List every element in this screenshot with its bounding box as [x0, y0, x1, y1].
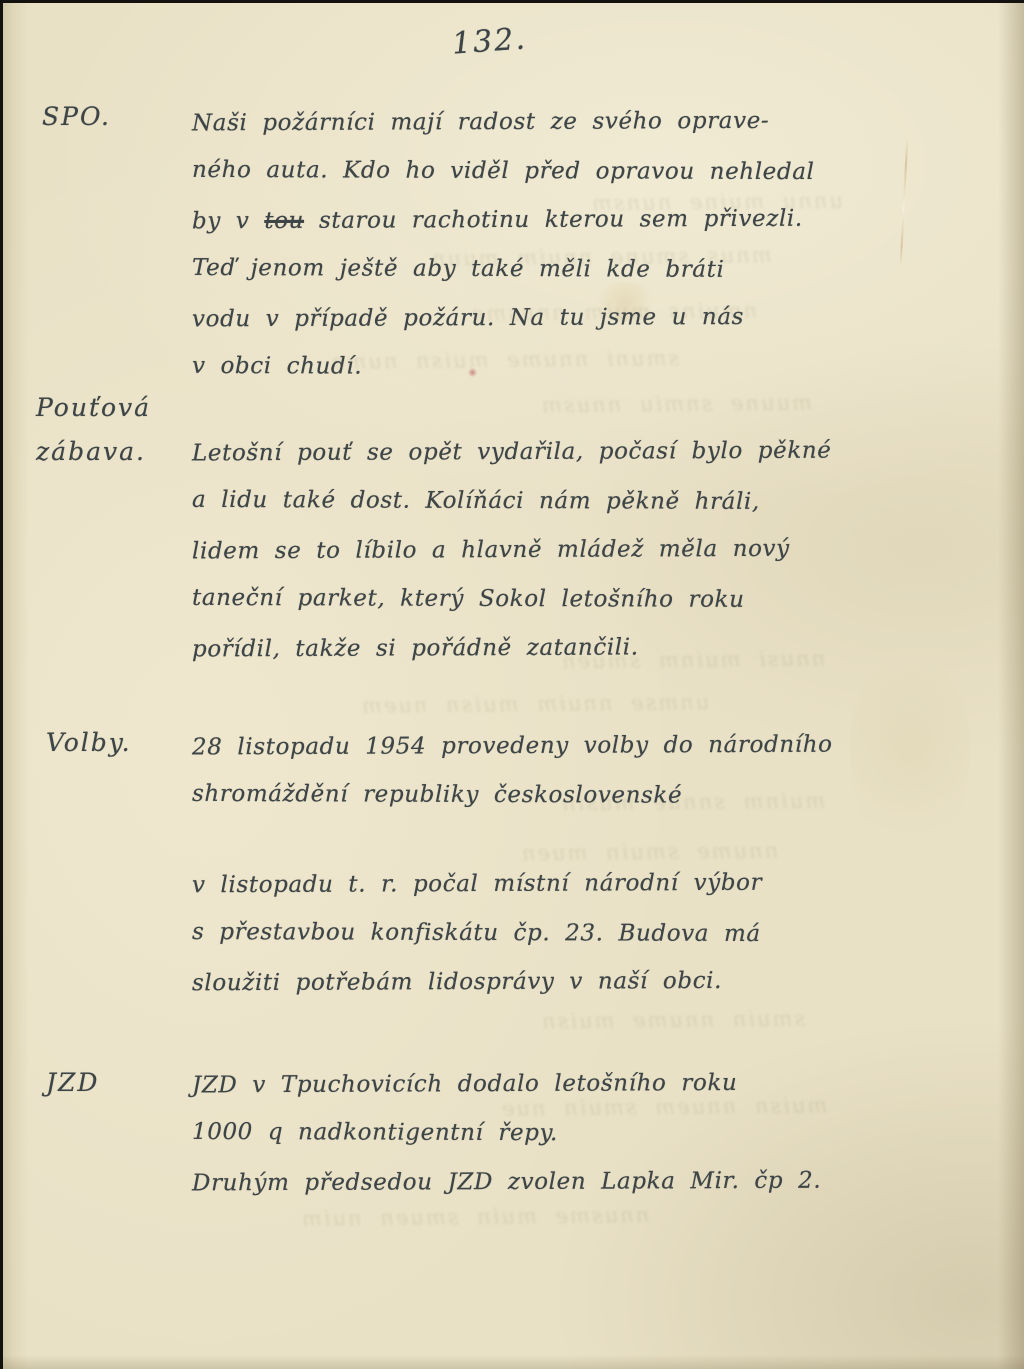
handwritten-line: by v tou starou rachotinu kterou sem při… — [192, 195, 815, 247]
handwritten-line: v listopadu t. r. počal místní národní v… — [192, 859, 762, 910]
handwritten-line: v obci chudí. — [192, 342, 815, 393]
paragraph-jzd: JZD v Tpuchovicích dodalo letošního roku… — [192, 1060, 821, 1207]
bleedthrough-ghost-line: smuin nnume muisn — [540, 1007, 805, 1034]
section-label-jzd: JZD — [46, 1068, 99, 1097]
handwritten-line: lidem se to líbilo a hlavně mládež měla … — [192, 525, 832, 577]
bleedthrough-ghost-line: muune snmiu nnusm — [540, 391, 812, 418]
page-edge-left — [3, 0, 29, 1369]
handwritten-line: Druhým předsedou JZD zvolen Lapka Mir. č… — [192, 1157, 821, 1209]
handwritten-line: pořídil, takže si pořádně zatančili. — [192, 623, 832, 675]
handwritten-line: a lidu také dost. Kolíňáci nám pěkně hrá… — [192, 476, 832, 527]
handwritten-line: JZD v Tpuchovicích dodalo letošního roku — [192, 1059, 821, 1111]
label-line: zábava. — [36, 430, 151, 474]
handwritten-line: 1000 q nadkontigentní řepy. — [192, 1108, 821, 1159]
chronicle-page-scan: unnu muine nunsm mnus smune nnuim muun n… — [0, 0, 1024, 1369]
paper-stain — [850, 640, 970, 860]
scan-edge-left — [0, 0, 3, 1369]
handwritten-line: sloužiti potřebám lidosprávy v naší obci… — [192, 957, 762, 1008]
handwritten-line: s přestavbou konfiskátu čp. 23. Budova m… — [192, 908, 762, 959]
handwritten-line: shromáždění republiky československé — [192, 770, 833, 821]
paragraph-spo: Naši požárníci mají radost ze svého opra… — [192, 98, 815, 392]
struck-word: tou — [264, 208, 304, 234]
paragraph-volby-2: v listopadu t. r. počal místní národní v… — [192, 860, 762, 1007]
page-edge-bottom-shadow — [0, 1355, 1024, 1369]
handwritten-line: Teď jenom ještě aby také měli kde bráti — [192, 244, 815, 295]
section-label-volby: Volby. — [46, 728, 132, 757]
section-label-poutova-zabava: Pouťová zábava. — [36, 386, 151, 474]
line-text: by v — [192, 208, 264, 234]
handwritten-line: Naši požárníci mají radost ze svého opra… — [192, 97, 815, 149]
handwritten-line: vodu v případě požáru. Na tu jsme u nás — [192, 293, 815, 345]
handwritten-line: taneční parket, který Sokol letošního ro… — [192, 574, 832, 625]
paragraph-volby-1: 28 listopadu 1954 provedeny volby do nár… — [192, 722, 833, 820]
handwritten-line: ného auta. Kdo ho viděl před opravou neh… — [192, 146, 815, 197]
section-label-spo: SPO. — [42, 102, 111, 131]
label-line: Pouťová — [36, 386, 151, 430]
paper-crease-mark — [900, 138, 909, 266]
page-number: 132. — [451, 21, 528, 61]
paragraph-poutova-zabava: Letošní pouť se opět vydařila, počasí by… — [192, 428, 831, 673]
handwritten-line: Letošní pouť se opět vydařila, počasí by… — [192, 427, 832, 479]
handwritten-line: 28 listopadu 1954 provedeny volby do nár… — [192, 721, 833, 773]
line-text: starou rachotinu kterou sem přivezli. — [304, 206, 803, 234]
scan-edge-top — [0, 0, 1024, 3]
bleedthrough-ghost-line: unmse nnuim muisn nuem — [360, 690, 709, 718]
page-edge-right-shadow — [998, 0, 1024, 1369]
